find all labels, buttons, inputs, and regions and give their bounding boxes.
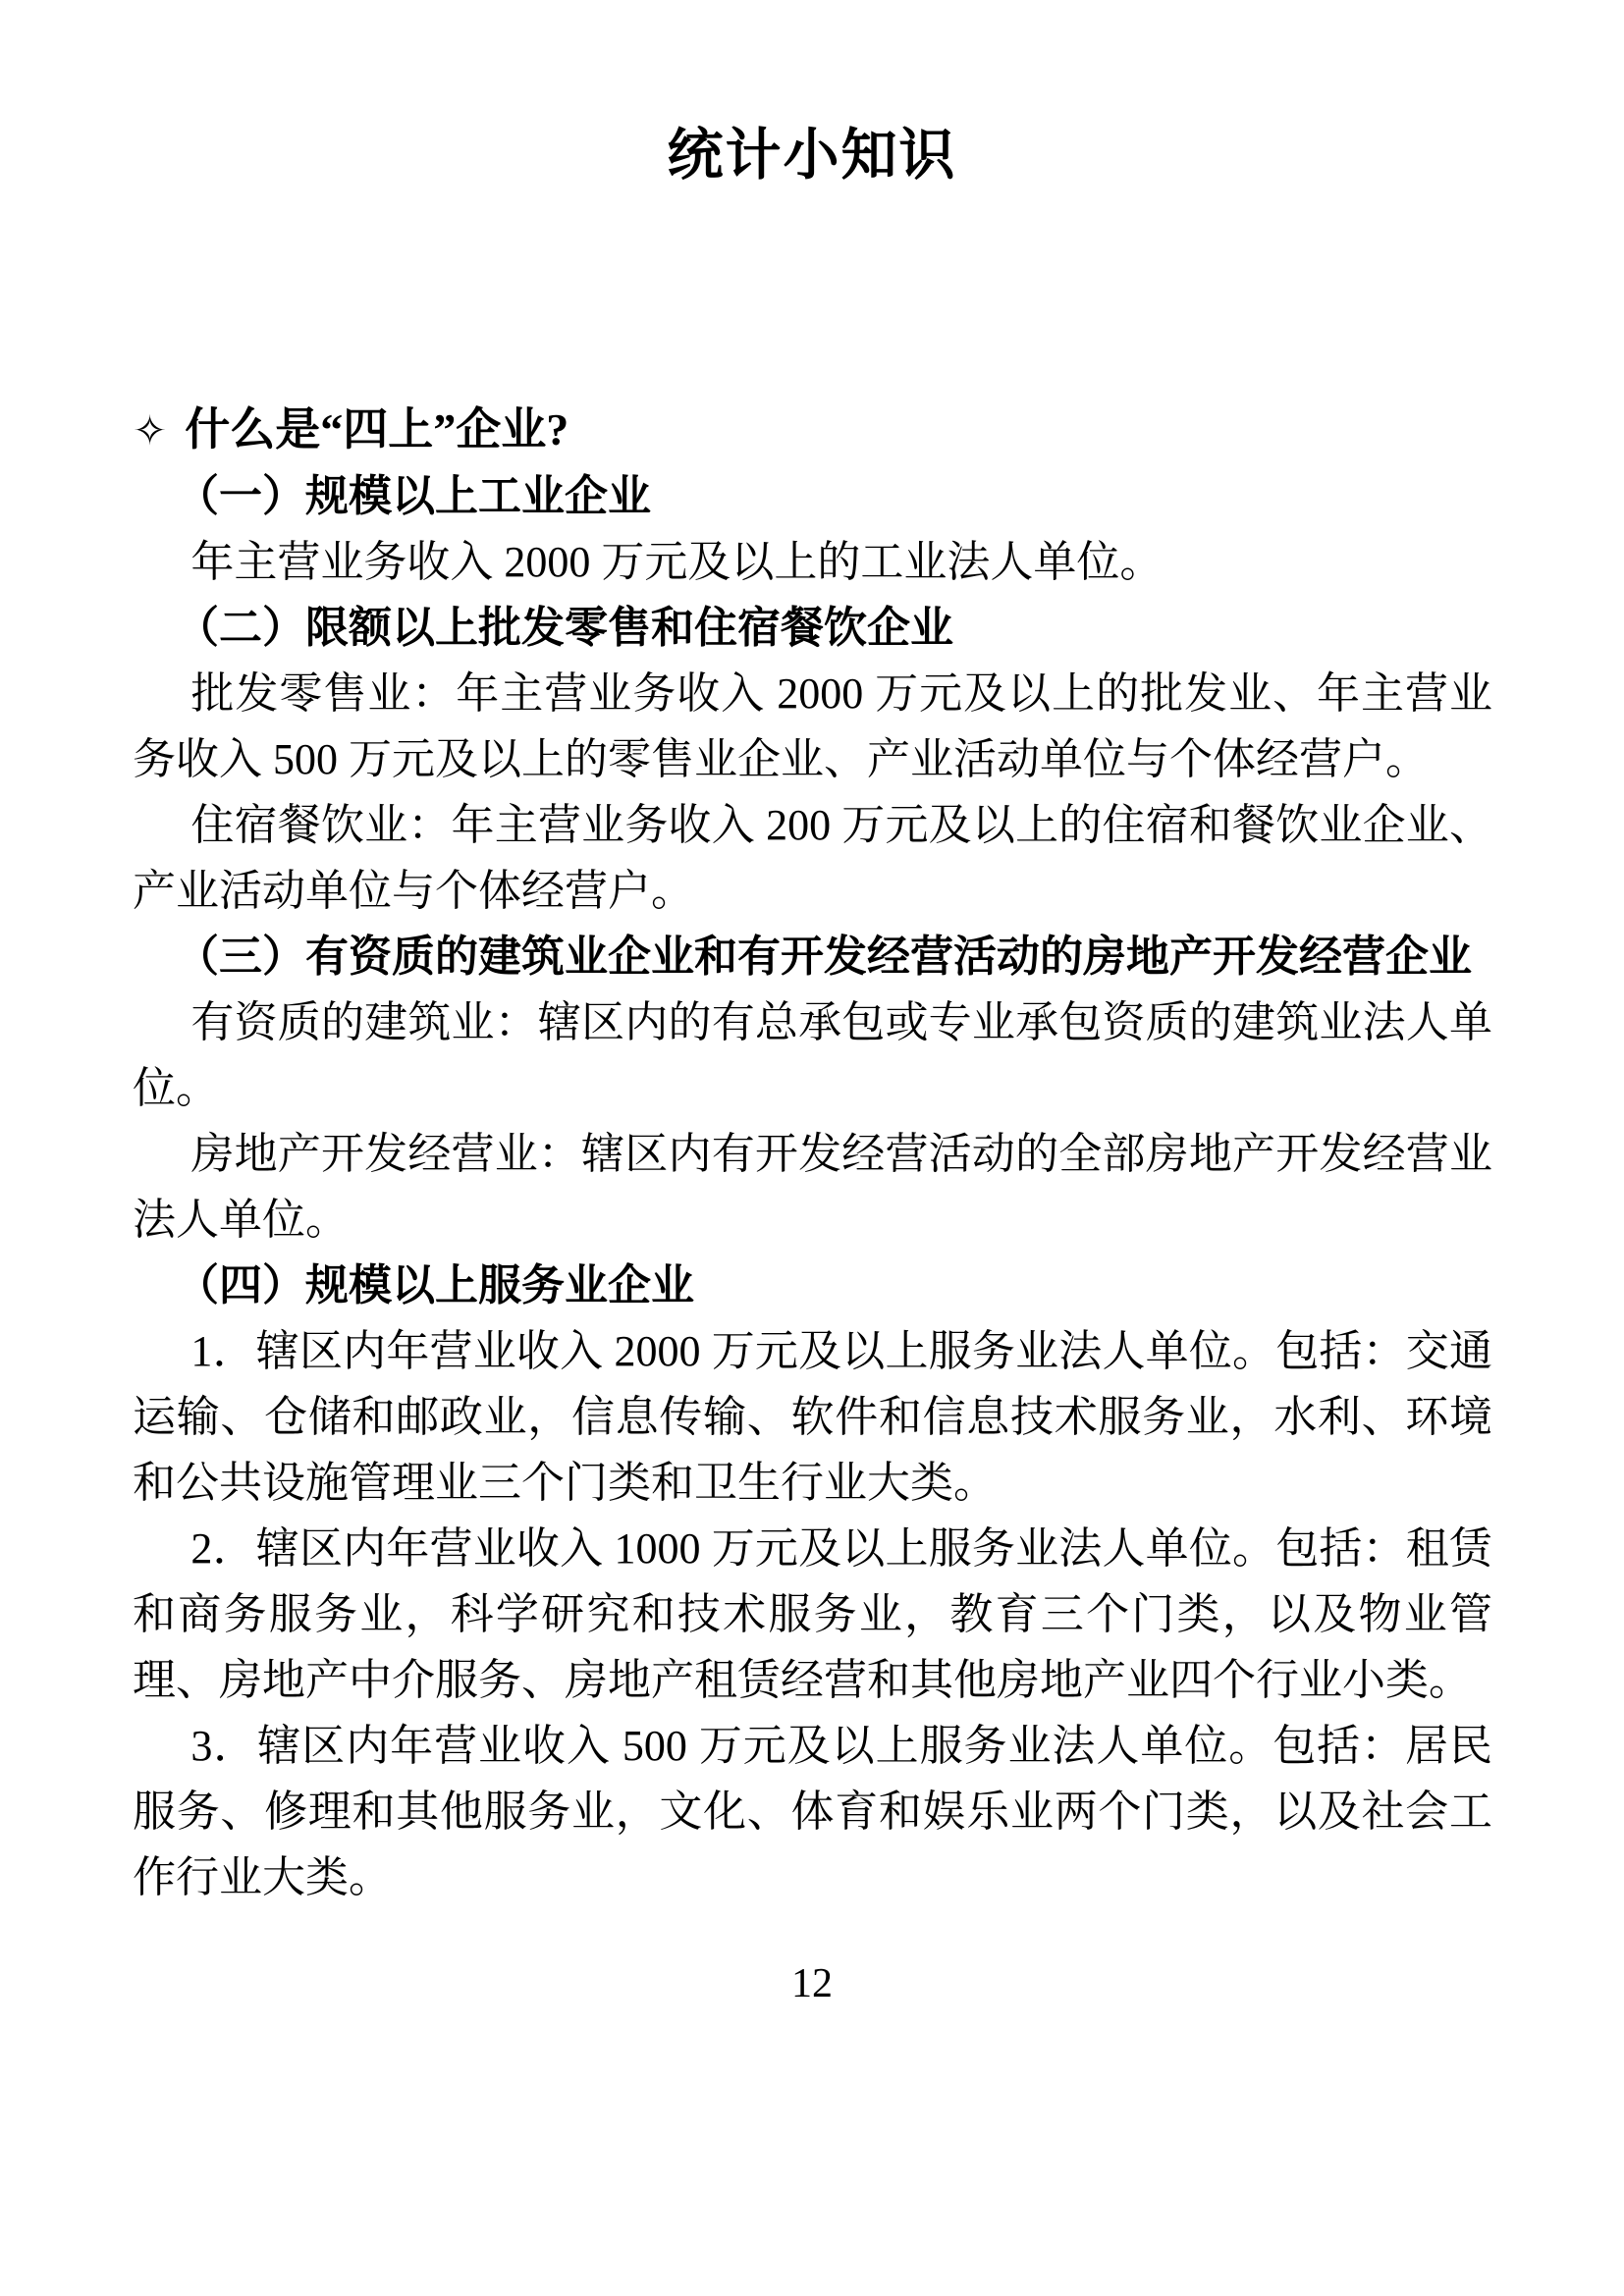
section-heading: （一）规模以上工业企业 — [133, 463, 1492, 529]
section-services: （四）规模以上服务业企业 1．辖区内年营业收入 2000 万元及以上服务业法人单… — [133, 1253, 1492, 1910]
paragraph: 住宿餐饮业：年主营业务收入 200 万元及以上的住宿和餐饮业企业、产业活动单位与… — [133, 792, 1492, 924]
paragraph: 1．辖区内年营业收入 2000 万元及以上服务业法人单位。包括：交通运输、仓储和… — [133, 1318, 1492, 1516]
question-heading: ✧什么是“四上”企业? — [133, 397, 1492, 463]
paragraph: 批发零售业：年主营业务收入 2000 万元及以上的批发业、年主营业务收入 500… — [133, 661, 1492, 792]
document-page: 统计小知识 ✧什么是“四上”企业? （一）规模以上工业企业 年主营业务收入 20… — [0, 0, 1624, 2296]
section-wholesale-retail-hotel-catering: （二）限额以上批发零售和住宿餐饮企业 批发零售业：年主营业务收入 2000 万元… — [133, 595, 1492, 924]
paragraph: 房地产开发经营业：辖区内有开发经营活动的全部房地产开发经营业法人单位。 — [133, 1121, 1492, 1253]
page-number: 12 — [0, 1954, 1624, 2013]
section-heading: （三）有资质的建筑业企业和有开发经营活动的房地产开发经营企业 — [133, 924, 1492, 989]
paragraph: 有资质的建筑业：辖区内的有总承包或专业承包资质的建筑业法人单位。 — [133, 989, 1492, 1121]
four-pointed-star-icon: ✧ — [133, 406, 167, 454]
section-industrial: （一）规模以上工业企业 年主营业务收入 2000 万元及以上的工业法人单位。 — [133, 463, 1492, 595]
paragraph: 年主营业务收入 2000 万元及以上的工业法人单位。 — [133, 529, 1492, 595]
section-heading: （四）规模以上服务业企业 — [133, 1253, 1492, 1318]
paragraph: 2．辖区内年营业收入 1000 万元及以上服务业法人单位。包括：租赁和商务服务业… — [133, 1516, 1492, 1713]
page-title: 统计小知识 — [0, 0, 1624, 194]
document-body: ✧什么是“四上”企业? （一）规模以上工业企业 年主营业务收入 2000 万元及… — [133, 397, 1492, 1910]
section-heading: （二）限额以上批发零售和住宿餐饮企业 — [133, 595, 1492, 661]
paragraph: 3．辖区内年营业收入 500 万元及以上服务业法人单位。包括：居民服务、修理和其… — [133, 1713, 1492, 1910]
section-construction-real-estate: （三）有资质的建筑业企业和有开发经营活动的房地产开发经营企业 有资质的建筑业：辖… — [133, 924, 1492, 1253]
question-text: 什么是“四上”企业? — [185, 404, 568, 454]
